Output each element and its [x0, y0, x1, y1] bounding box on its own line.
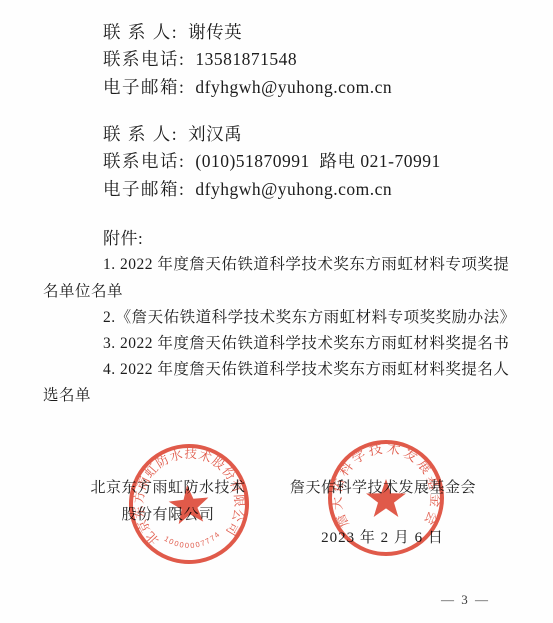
left-company-seal-stamp: 北京东方雨虹防水技术股份有限公司 1100000077743 [121, 436, 257, 572]
contact-email-label: 电子邮箱: [103, 179, 185, 200]
contact-name-label: 联 系 人: [103, 22, 178, 43]
contact-1-email-line: 电子邮箱: dfyhgwh@yuhong.com.cn [103, 77, 392, 98]
star-icon [366, 479, 406, 517]
contact-1-name-line: 联 系 人: 谢传英 [103, 22, 242, 43]
contact-2-name-line: 联 系 人: 刘汉禹 [103, 124, 242, 145]
attachment-item-4-line-2: 选名单 [43, 385, 91, 406]
contact-email-value: dfyhgwh@yuhong.com.cn [195, 179, 392, 200]
contact-2-phone-line: 联系电话: (010)51870991 路电 021-70991 [103, 151, 441, 172]
attachment-item-1-line-1: 1. 2022 年度詹天佑铁道科学技术奖东方雨虹材料专项奖提 [103, 254, 509, 275]
attachment-item-4-line-1: 4. 2022 年度詹天佑铁道科学技术奖东方雨虹材料奖提名人 [103, 359, 509, 380]
star-icon [167, 483, 211, 525]
contact-phone-label: 联系电话: [103, 49, 185, 70]
attachment-item-1-line-2: 名单位名单 [43, 281, 123, 302]
page-number: — 3 — [428, 592, 503, 608]
contact-email-value: dfyhgwh@yuhong.com.cn [195, 77, 392, 98]
contact-phone-value: 13581871548 [195, 49, 297, 70]
attachment-item-2-line-1: 2.《詹天佑铁道科学技术奖东方雨虹材料专项奖奖励办法》 [103, 307, 516, 328]
contact-name-value: 刘汉禹 [188, 124, 242, 145]
contact-2-email-line: 电子邮箱: dfyhgwh@yuhong.com.cn [103, 179, 392, 200]
attachment-item-3-line-1: 3. 2022 年度詹天佑铁道科学技术奖东方雨虹材料奖提名书 [103, 333, 509, 354]
right-foundation-seal-stamp: 詹天佑科学技术发展基金会 [326, 438, 446, 558]
attachments-heading: 附件: [103, 228, 143, 249]
contact-name-value: 谢传英 [188, 22, 242, 43]
document-page: 联 系 人: 谢传英 联系电话: 13581871548 电子邮箱: dfyhg… [0, 0, 553, 623]
contact-email-label: 电子邮箱: [103, 77, 185, 98]
contact-1-phone-line: 联系电话: 13581871548 [103, 49, 297, 70]
contact-name-label: 联 系 人: [103, 124, 178, 145]
contact-phone-label: 联系电话: [103, 151, 185, 172]
contact-phone-value: (010)51870991 路电 021-70991 [195, 151, 440, 172]
